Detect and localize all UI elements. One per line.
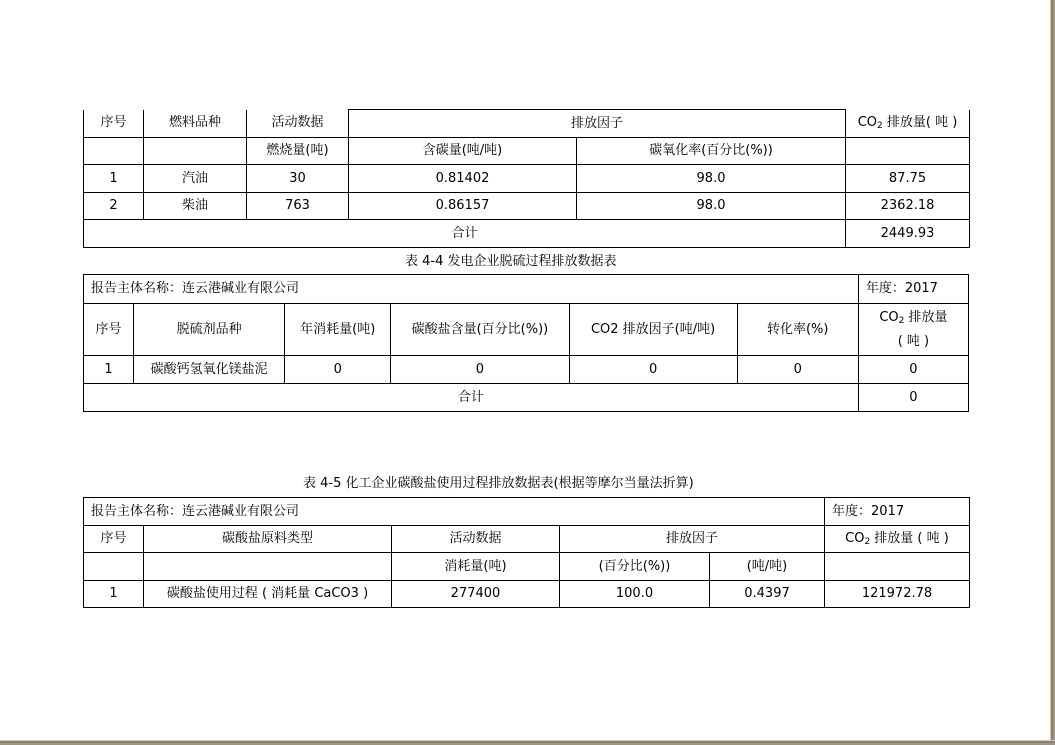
entity-name: 报告主体名称：连云港碱业有限公司	[84, 498, 825, 526]
header-percent: (百分比(%))	[560, 553, 710, 581]
header-emission-factor: 排放因子	[560, 526, 825, 553]
header-ton-per-ton: (吨/吨)	[710, 553, 825, 581]
cell-conversion: 0	[737, 356, 858, 384]
cell-amount: 763	[247, 193, 349, 220]
header-activity-data: 活动数据	[247, 110, 349, 138]
cell-desulfurizer: 碳酸钙氢氧化镁盐泥	[134, 356, 285, 384]
year-label: 年度：2017	[858, 275, 968, 304]
header-burn-amount: 燃烧量(吨)	[247, 138, 349, 165]
cell-fuel: 柴油	[144, 193, 247, 220]
header-fuel-type: 燃料品种	[144, 110, 247, 138]
entity-row: 报告主体名称：连云港碱业有限公司 年度：2017	[84, 275, 969, 304]
year-label: 年度：2017	[825, 498, 970, 526]
empty-cell	[84, 138, 144, 165]
cell-carbonate: 0	[391, 356, 569, 384]
cell-carbon: 0.81402	[349, 165, 577, 193]
cell-factor: 0.4397	[710, 581, 825, 608]
page-shadow-right	[1050, 0, 1055, 745]
header-carbonate-content: 碳酸盐含量(百分比(%))	[391, 304, 569, 356]
header-row: 序号 碳酸盐原料类型 活动数据 排放因子 CO2 排放量 ( 吨 )	[84, 526, 970, 553]
cell-material: 碳酸盐使用过程 ( 消耗量 CaCO3 )	[144, 581, 392, 608]
header-co2-factor: CO2 排放因子(吨/吨)	[569, 304, 737, 356]
header-co2-emission: CO2 排放量 ( 吨 )	[825, 526, 970, 553]
cell-consumption: 0	[285, 356, 391, 384]
page-shadow-bottom	[0, 740, 1055, 745]
co2-prefix: CO	[845, 531, 864, 546]
desulfurization-table: 报告主体名称：连云港碱业有限公司 年度：2017 序号 脱硫剂品种 年消耗量(吨…	[83, 274, 969, 412]
header-row: 序号 脱硫剂品种 年消耗量(吨) 碳酸盐含量(百分比(%)) CO2 排放因子(…	[84, 304, 969, 356]
header-oxidation-rate: 碳氧化率(百分比(%))	[577, 138, 846, 165]
total-row: 合计 0	[84, 384, 969, 412]
header-co2-emission: CO2 排放量( 吨 )	[846, 110, 970, 138]
table-row: 1 碳酸钙氢氧化镁盐泥 0 0 0 0 0	[84, 356, 969, 384]
total-label: 合计	[84, 220, 846, 248]
carbonate-usage-table: 报告主体名称：连云港碱业有限公司 年度：2017 序号 碳酸盐原料类型 活动数据…	[83, 497, 970, 608]
empty-cell	[825, 553, 970, 581]
header-seq: 序号	[84, 110, 144, 138]
co2-suffix: 排放量 ( 吨 )	[870, 531, 949, 546]
total-label: 合计	[84, 384, 859, 412]
empty-cell	[144, 553, 392, 581]
entity-name: 报告主体名称：连云港碱业有限公司	[84, 275, 859, 304]
cell-co2: 121972.78	[825, 581, 970, 608]
total-value: 0	[858, 384, 968, 412]
empty-cell	[84, 553, 144, 581]
co2-prefix: CO	[858, 115, 877, 130]
table-row: 1 汽油 30 0.81402 98.0 87.75	[84, 165, 970, 193]
header-carbon-content: 含碳量(吨/吨)	[349, 138, 577, 165]
cell-amount: 30	[247, 165, 349, 193]
header-seq: 序号	[84, 526, 144, 553]
table-row: 2 柴油 763 0.86157 98.0 2362.18	[84, 193, 970, 220]
empty-cell	[846, 138, 970, 165]
header-consumption: 消耗量(吨)	[392, 553, 560, 581]
cell-seq: 2	[84, 193, 144, 220]
cell-seq: 1	[84, 165, 144, 193]
cell-oxidation: 98.0	[577, 193, 846, 220]
header-emission-factor: 排放因子	[349, 110, 846, 138]
total-value: 2449.93	[846, 220, 970, 248]
fuel-emission-table: 序号 燃料品种 活动数据 排放因子 CO2 排放量( 吨 ) 燃烧量(吨) 含碳…	[83, 109, 970, 248]
header-conversion-rate: 转化率(%)	[737, 304, 858, 356]
header-seq: 序号	[84, 304, 134, 356]
subheader-row: 消耗量(吨) (百分比(%)) (吨/吨)	[84, 553, 970, 581]
total-row: 合计 2449.93	[84, 220, 970, 248]
cell-percent: 100.0	[560, 581, 710, 608]
co2-suffix: 排放量	[904, 310, 947, 325]
cell-seq: 1	[84, 581, 144, 608]
entity-row: 报告主体名称：连云港碱业有限公司 年度：2017	[84, 498, 970, 526]
co2-unit: ( 吨 )	[859, 330, 968, 354]
subheader-row: 燃烧量(吨) 含碳量(吨/吨) 碳氧化率(百分比(%))	[84, 138, 970, 165]
cell-fuel: 汽油	[144, 165, 247, 193]
co2-suffix: 排放量( 吨 )	[883, 115, 958, 130]
cell-carbon: 0.86157	[349, 193, 577, 220]
header-material-type: 碳酸盐原料类型	[144, 526, 392, 553]
cell-co2: 2362.18	[846, 193, 970, 220]
cell-oxidation: 98.0	[577, 165, 846, 193]
table-4-5-caption: 表 4-5 化工企业碳酸盐使用过程排放数据表(根据等摩尔当量法折算)	[303, 476, 694, 492]
cell-factor: 0	[569, 356, 737, 384]
co2-prefix: CO	[879, 310, 898, 325]
empty-cell	[144, 138, 247, 165]
header-row: 序号 燃料品种 活动数据 排放因子 CO2 排放量( 吨 )	[84, 110, 970, 138]
header-desulfurizer: 脱硫剂品种	[134, 304, 285, 356]
header-activity-data: 活动数据	[392, 526, 560, 553]
cell-co2: 87.75	[846, 165, 970, 193]
header-annual-consumption: 年消耗量(吨)	[285, 304, 391, 356]
cell-consumption: 277400	[392, 581, 560, 608]
cell-co2: 0	[858, 356, 968, 384]
table-row: 1 碳酸盐使用过程 ( 消耗量 CaCO3 ) 277400 100.0 0.4…	[84, 581, 970, 608]
header-co2-emission: CO2 排放量 ( 吨 )	[858, 304, 968, 356]
cell-seq: 1	[84, 356, 134, 384]
table-4-4-caption: 表 4-4 发电企业脱硫过程排放数据表	[405, 254, 617, 270]
